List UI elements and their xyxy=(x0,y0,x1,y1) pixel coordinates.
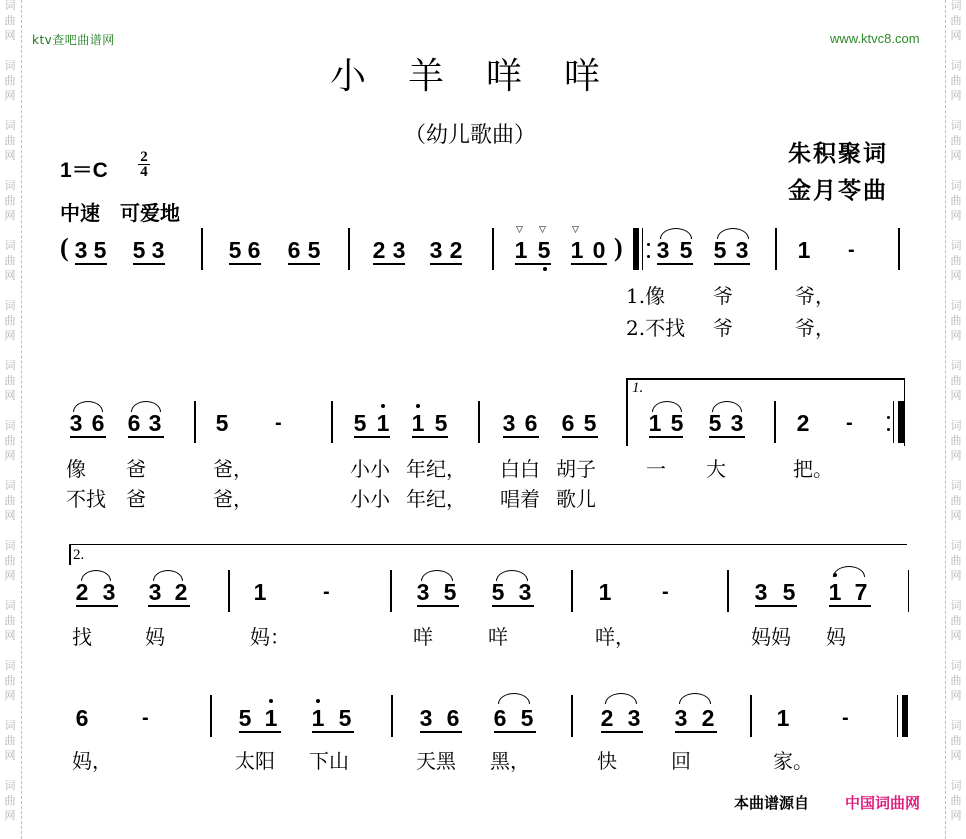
accent-mark: ▽ xyxy=(572,226,579,235)
watermark-text: 词曲网 xyxy=(949,598,963,643)
barline xyxy=(210,695,212,737)
lyric: 天黑 xyxy=(416,750,456,772)
note: 3 xyxy=(672,706,690,730)
note: 2 xyxy=(598,706,616,730)
site-name-left: ktv查吧曲谱网 xyxy=(32,31,115,48)
note: 6 xyxy=(89,411,107,435)
lyric-v2: 爸， xyxy=(213,488,253,510)
lyric-v1: 白白 xyxy=(500,458,540,480)
beam xyxy=(829,605,871,607)
watermark-text: 词曲网 xyxy=(3,118,17,163)
lyric-v1: 爷 xyxy=(713,285,733,307)
dashed-divider-left xyxy=(21,0,22,839)
barline xyxy=(571,695,573,737)
dash: - xyxy=(848,238,855,262)
watermark-text: 词曲网 xyxy=(3,718,17,763)
lyric: 妈 xyxy=(145,626,165,648)
beam xyxy=(503,436,539,438)
watermark-text: 词曲网 xyxy=(3,538,17,583)
slur xyxy=(605,693,637,704)
watermark-text: 词曲网 xyxy=(3,0,17,43)
barline xyxy=(390,570,392,612)
beam xyxy=(492,605,534,607)
repeat-start-thick xyxy=(633,228,639,270)
accent-mark: ▽ xyxy=(539,226,546,235)
watermark-text: 词曲网 xyxy=(3,598,17,643)
watermark-text: 词曲网 xyxy=(949,0,963,43)
composer-credit: 金月苓曲 xyxy=(788,172,888,205)
beam xyxy=(494,731,536,733)
beam xyxy=(239,731,281,733)
note: 5 xyxy=(711,238,729,262)
tempo-marking: 中速 可爱地 xyxy=(60,197,180,226)
volta-label-1: 1. xyxy=(632,380,643,397)
watermark-text: 词曲网 xyxy=(949,178,963,223)
beam xyxy=(417,605,459,607)
note: 5 xyxy=(130,238,148,262)
watermark-column-right: 词曲网词曲网词曲网词曲网词曲网词曲网词曲网词曲网词曲网词曲网词曲网词曲网词曲网词… xyxy=(946,0,966,839)
dash: - xyxy=(842,706,849,730)
note: 5 xyxy=(581,411,599,435)
note: 5 xyxy=(441,580,459,604)
lyric-v1: 1.像 xyxy=(626,285,665,307)
note: 7 xyxy=(852,580,870,604)
beam xyxy=(75,263,107,265)
note: 5 xyxy=(489,580,507,604)
beam xyxy=(373,263,405,265)
dash: - xyxy=(142,706,149,730)
repeat-dot xyxy=(887,416,890,419)
note: 6 xyxy=(522,411,540,435)
note: 5 xyxy=(780,580,798,604)
lyric-v1: 爸 xyxy=(126,458,146,480)
watermark-text: 词曲网 xyxy=(3,358,17,403)
note: 3 xyxy=(146,411,164,435)
note: 6 xyxy=(245,238,263,262)
lyric-v2: 爷 xyxy=(713,317,733,339)
dash: - xyxy=(275,411,282,435)
dashed-divider-right xyxy=(945,0,946,839)
note: 1 xyxy=(251,580,269,604)
beam xyxy=(562,436,598,438)
note: 3 xyxy=(149,238,167,262)
note: 3 xyxy=(500,411,518,435)
beam xyxy=(430,263,462,265)
note: 5 xyxy=(706,411,724,435)
note-high: 1 xyxy=(409,411,427,435)
note: 2 xyxy=(699,706,717,730)
dash: - xyxy=(662,580,669,604)
lyric: 妈： xyxy=(250,626,290,648)
lyric-v1: 小小 xyxy=(350,458,390,480)
lyric: 快 xyxy=(597,750,617,772)
source-site-link[interactable]: 中国词曲网 xyxy=(845,792,920,813)
note: 2 xyxy=(794,411,812,435)
beam xyxy=(70,436,106,438)
note: 3 xyxy=(654,238,672,262)
lyric: 黑， xyxy=(490,750,530,772)
note: 1 xyxy=(795,238,813,262)
lyric-v1: 爸， xyxy=(213,458,253,480)
watermark-text: 词曲网 xyxy=(3,778,17,823)
lyric-v1: 一 xyxy=(646,458,666,480)
repeat-dot xyxy=(887,428,890,431)
watermark-text: 词曲网 xyxy=(949,238,963,283)
watermark-column-left: 词曲网词曲网词曲网词曲网词曲网词曲网词曲网词曲网词曲网词曲网词曲网词曲网词曲网词… xyxy=(0,0,20,839)
repeat-end-thin xyxy=(893,401,894,443)
lyric: 妈 xyxy=(826,626,846,648)
note-high: 1 xyxy=(374,411,392,435)
watermark-text: 词曲网 xyxy=(3,58,17,103)
beam xyxy=(601,731,643,733)
final-barline-thick xyxy=(902,695,908,737)
lyric-v2: 爷， xyxy=(795,317,835,339)
note: 3 xyxy=(733,238,751,262)
watermark-text: 词曲网 xyxy=(949,358,963,403)
low-octave-dot xyxy=(543,267,547,271)
barline xyxy=(478,401,480,443)
slur xyxy=(498,693,530,704)
barline xyxy=(348,228,350,270)
slur xyxy=(833,566,865,577)
barline xyxy=(571,570,573,612)
note: 5 xyxy=(236,706,254,730)
watermark-text: 词曲网 xyxy=(949,118,963,163)
note: 5 xyxy=(336,706,354,730)
note: 6 xyxy=(444,706,462,730)
beam xyxy=(420,731,462,733)
watermark-text: 词曲网 xyxy=(949,478,963,523)
barline xyxy=(774,401,776,443)
barline xyxy=(391,695,393,737)
note: 3 xyxy=(67,411,85,435)
watermark-text: 词曲网 xyxy=(949,718,963,763)
note: 3 xyxy=(427,238,445,262)
barline xyxy=(331,401,333,443)
note: 6 xyxy=(73,706,91,730)
accent-mark: ▽ xyxy=(516,226,523,235)
note: 6 xyxy=(285,238,303,262)
open-paren: ( xyxy=(60,236,69,260)
note: 6 xyxy=(559,411,577,435)
repeat-dot xyxy=(647,243,650,246)
note: 6 xyxy=(491,706,509,730)
note: 2 xyxy=(370,238,388,262)
repeat-end-thick xyxy=(898,401,904,443)
high-octave-dot xyxy=(269,699,273,703)
volta-label-2: 2. xyxy=(73,547,84,564)
watermark-text: 词曲网 xyxy=(949,58,963,103)
lyric: 咩 xyxy=(413,626,433,648)
beam xyxy=(714,263,750,265)
lyric-v2: 歌儿 xyxy=(556,488,596,510)
note-high: 1 xyxy=(512,238,530,262)
barline xyxy=(727,570,729,612)
lyric-v2: 年纪， xyxy=(406,488,466,510)
note: 2 xyxy=(172,580,190,604)
lyric-v2: 2.不找 xyxy=(626,317,685,339)
note: 3 xyxy=(728,411,746,435)
note: 3 xyxy=(414,580,432,604)
beam xyxy=(571,263,607,265)
note: 5 xyxy=(668,411,686,435)
high-octave-dot xyxy=(416,404,420,408)
watermark-text: 词曲网 xyxy=(3,478,17,523)
dash: - xyxy=(323,580,330,604)
lyric: 回 xyxy=(671,750,691,772)
high-octave-dot xyxy=(833,573,837,577)
note: 5 xyxy=(432,411,450,435)
time-signature-top: 2 xyxy=(138,150,150,164)
lyric-v1: 年纪， xyxy=(406,458,466,480)
lyricist-credit: 朱积聚词 xyxy=(788,135,888,168)
watermark-text: 词曲网 xyxy=(3,238,17,283)
repeat-start-thin xyxy=(642,228,643,270)
time-signature: 2 4 xyxy=(138,150,150,179)
note-high: 1 xyxy=(568,238,586,262)
beam xyxy=(229,263,261,265)
beam xyxy=(755,605,797,607)
high-octave-dot xyxy=(381,404,385,408)
watermark-text: 词曲网 xyxy=(949,658,963,703)
note-high: 1 xyxy=(262,706,280,730)
lyric: 找 xyxy=(72,626,92,648)
note: 3 xyxy=(390,238,408,262)
lyric-v1: 胡子 xyxy=(556,458,596,480)
note: 5 xyxy=(518,706,536,730)
beam xyxy=(133,263,165,265)
note: 5 xyxy=(351,411,369,435)
lyric-v1: 爷， xyxy=(795,285,835,307)
barline xyxy=(898,228,900,270)
lyric: 咩， xyxy=(595,626,635,648)
beam xyxy=(412,436,448,438)
lyric-v1: 把。 xyxy=(793,458,833,480)
beam xyxy=(128,436,164,438)
beam xyxy=(675,731,717,733)
beam xyxy=(649,436,683,438)
watermark-text: 词曲网 xyxy=(3,658,17,703)
barline xyxy=(194,401,196,443)
note-low: 5 xyxy=(535,238,553,262)
repeat-dot xyxy=(647,255,650,258)
note: 1 xyxy=(596,580,614,604)
source-label: 本曲谱源自 xyxy=(734,792,809,813)
high-octave-dot xyxy=(316,699,320,703)
lyric: 太阳 xyxy=(235,750,275,772)
beam xyxy=(76,605,118,607)
watermark-text: 词曲网 xyxy=(949,418,963,463)
site-url-right: www.ktvc8.com xyxy=(830,31,920,46)
lyric: 家。 xyxy=(773,750,813,772)
note: 5 xyxy=(305,238,323,262)
barline xyxy=(908,570,909,612)
beam xyxy=(288,263,320,265)
lyric-v2: 唱着 xyxy=(500,488,540,510)
note: 1 xyxy=(774,706,792,730)
note: 3 xyxy=(72,238,90,262)
beam xyxy=(709,436,745,438)
song-title: 小羊咩咩 xyxy=(330,48,642,99)
volta-bracket-2 xyxy=(69,544,907,565)
close-paren: ) xyxy=(614,236,623,260)
lyric-v2: 小小 xyxy=(350,488,390,510)
lyric-v2: 爸 xyxy=(126,488,146,510)
note: 2 xyxy=(447,238,465,262)
time-signature-bottom: 4 xyxy=(138,165,150,179)
lyric: 妈妈 xyxy=(751,626,791,648)
note: 3 xyxy=(625,706,643,730)
note: 3 xyxy=(516,580,534,604)
lyric-v1: 大 xyxy=(706,458,726,480)
barline xyxy=(228,570,230,612)
note: 2 xyxy=(73,580,91,604)
watermark-text: 词曲网 xyxy=(3,178,17,223)
barline xyxy=(492,228,494,270)
lyric: 下山 xyxy=(309,750,349,772)
beam xyxy=(354,436,390,438)
watermark-text: 词曲网 xyxy=(3,418,17,463)
note: 3 xyxy=(417,706,435,730)
dash: - xyxy=(846,411,853,435)
note: 5 xyxy=(91,238,109,262)
watermark-text: 词曲网 xyxy=(3,298,17,343)
beam xyxy=(148,605,190,607)
final-barline-thin xyxy=(897,695,898,737)
note: 0 xyxy=(590,238,608,262)
note: 3 xyxy=(146,580,164,604)
beam xyxy=(657,263,693,265)
beam xyxy=(312,731,354,733)
song-subtitle: （幼儿歌曲） xyxy=(404,118,536,149)
barline xyxy=(201,228,203,270)
note-high: 1 xyxy=(826,580,844,604)
note: 3 xyxy=(100,580,118,604)
lyric-v2: 不找 xyxy=(66,488,106,510)
barline xyxy=(750,695,752,737)
note: 5 xyxy=(677,238,695,262)
beam xyxy=(515,263,551,265)
note: 3 xyxy=(752,580,770,604)
watermark-text: 词曲网 xyxy=(949,298,963,343)
lyric: 咩 xyxy=(488,626,508,648)
note: 5 xyxy=(226,238,244,262)
note: 6 xyxy=(125,411,143,435)
note-high: 1 xyxy=(309,706,327,730)
watermark-text: 词曲网 xyxy=(949,778,963,823)
note: 1 xyxy=(646,411,664,435)
watermark-text: 词曲网 xyxy=(949,538,963,583)
slur xyxy=(679,693,711,704)
barline xyxy=(775,228,777,270)
lyric-v1: 像 xyxy=(66,458,86,480)
lyric: 妈， xyxy=(72,750,112,772)
key-signature: 1＝C xyxy=(60,154,108,184)
note: 5 xyxy=(213,411,231,435)
